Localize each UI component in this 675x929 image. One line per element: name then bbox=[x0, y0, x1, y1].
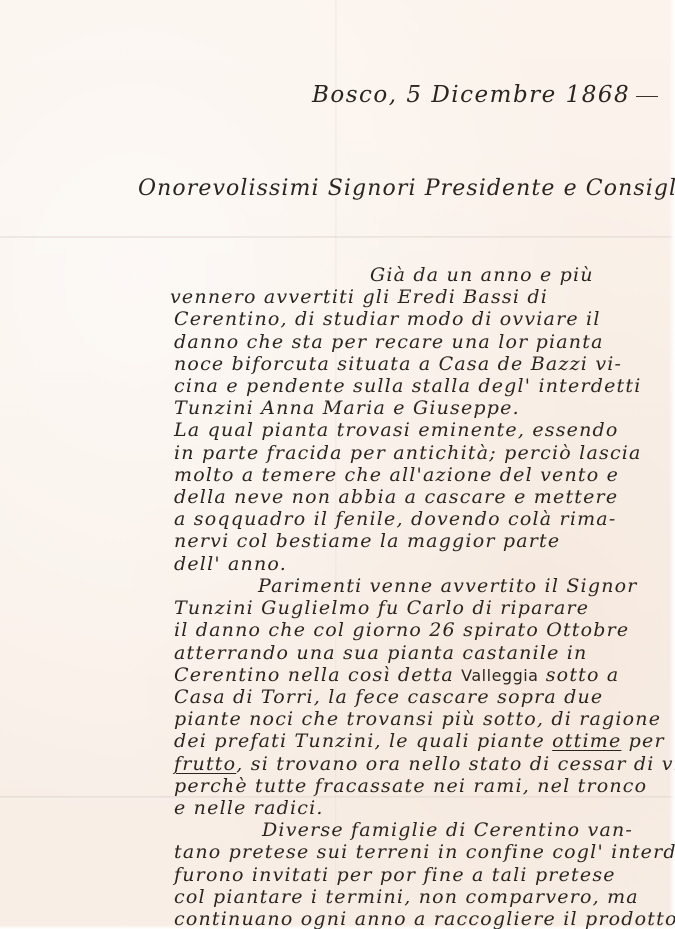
body-line: Cerentino, di studiar modo di ovviare il bbox=[174, 310, 601, 329]
body-line: noce biforcuta situata a Casa de Bazzi v… bbox=[174, 355, 622, 374]
fold-line bbox=[0, 236, 675, 238]
underlined-word: frutto bbox=[174, 753, 236, 775]
body-line: della neve non abbia a cascare e mettere bbox=[174, 488, 618, 507]
body-line: tano pretese sui terreni in confine cogl… bbox=[174, 843, 675, 862]
body-line: furono invitati per por fine a tali pret… bbox=[174, 866, 616, 885]
body-line: Tunzini Anna Maria e Giuseppe. bbox=[174, 399, 520, 418]
salutation: Onorevolissimi Signori Presidente e Cons… bbox=[138, 178, 675, 200]
letter-page: Bosco, 5 Dicembre 1868 Onorevolissimi Si… bbox=[0, 0, 675, 929]
body-line: nervi col bestiame la maggior parte bbox=[174, 532, 560, 551]
place-date: Bosco, 5 Dicembre 1868 bbox=[312, 84, 658, 107]
body-line: atterrando una sua pianta castanile in bbox=[174, 644, 587, 663]
body-line: Tunzini Guglielmo fu Carlo di riparare bbox=[174, 599, 589, 618]
body-line: danno che sta per recare una lor pianta bbox=[174, 333, 604, 352]
body-line: perchè tutte fracassate nei rami, nel tr… bbox=[174, 777, 647, 796]
underlined-word: ottime bbox=[552, 730, 621, 752]
body-line: cina e pendente sulla stalla degl' inter… bbox=[174, 377, 642, 396]
body-line: La qual pianta trovasi eminente, essendo bbox=[174, 421, 619, 440]
body-line: vennero avvertiti gli Eredi Bassi di bbox=[170, 288, 548, 307]
paper-edge bbox=[669, 0, 675, 929]
body-line: a soqquadro il fenile, dovendo colà rima… bbox=[174, 510, 616, 529]
body-line: frutto, si trovano ora nello stato di ce… bbox=[174, 755, 675, 774]
body-line: in parte fracida per antichità; perciò l… bbox=[174, 444, 642, 463]
body-line: Casa di Torri, la fece cascare sopra due bbox=[174, 688, 603, 707]
body-line: il danno che col giorno 26 spirato Ottob… bbox=[174, 621, 629, 640]
body-line: e nelle radici. bbox=[174, 799, 324, 818]
body-line: dei prefati Tunzini, le quali piante ott… bbox=[174, 732, 665, 751]
dash-flourish bbox=[636, 96, 658, 97]
body-line: Già da un anno e più bbox=[370, 266, 594, 285]
body-line: piante noci che trovansi più sotto, di r… bbox=[174, 710, 661, 729]
body-line: continuano ogni anno a raccogliere il pr… bbox=[174, 910, 675, 929]
body-line: dell' anno. bbox=[174, 555, 287, 574]
body-line: Parimenti venne avvertito il Signor bbox=[258, 577, 638, 596]
body-line: Cerentino nella così detta Valleggia sot… bbox=[174, 666, 619, 685]
body-line: molto a temere che all'azione del vento … bbox=[174, 466, 619, 485]
inserted-place-name: Valleggia bbox=[461, 666, 538, 685]
place-date-text: Bosco, 5 Dicembre 1868 bbox=[312, 82, 630, 108]
body-line: Diverse famiglie di Cerentino van- bbox=[262, 821, 633, 840]
body-line: col piantare i termini, non comparvero, … bbox=[174, 888, 639, 907]
